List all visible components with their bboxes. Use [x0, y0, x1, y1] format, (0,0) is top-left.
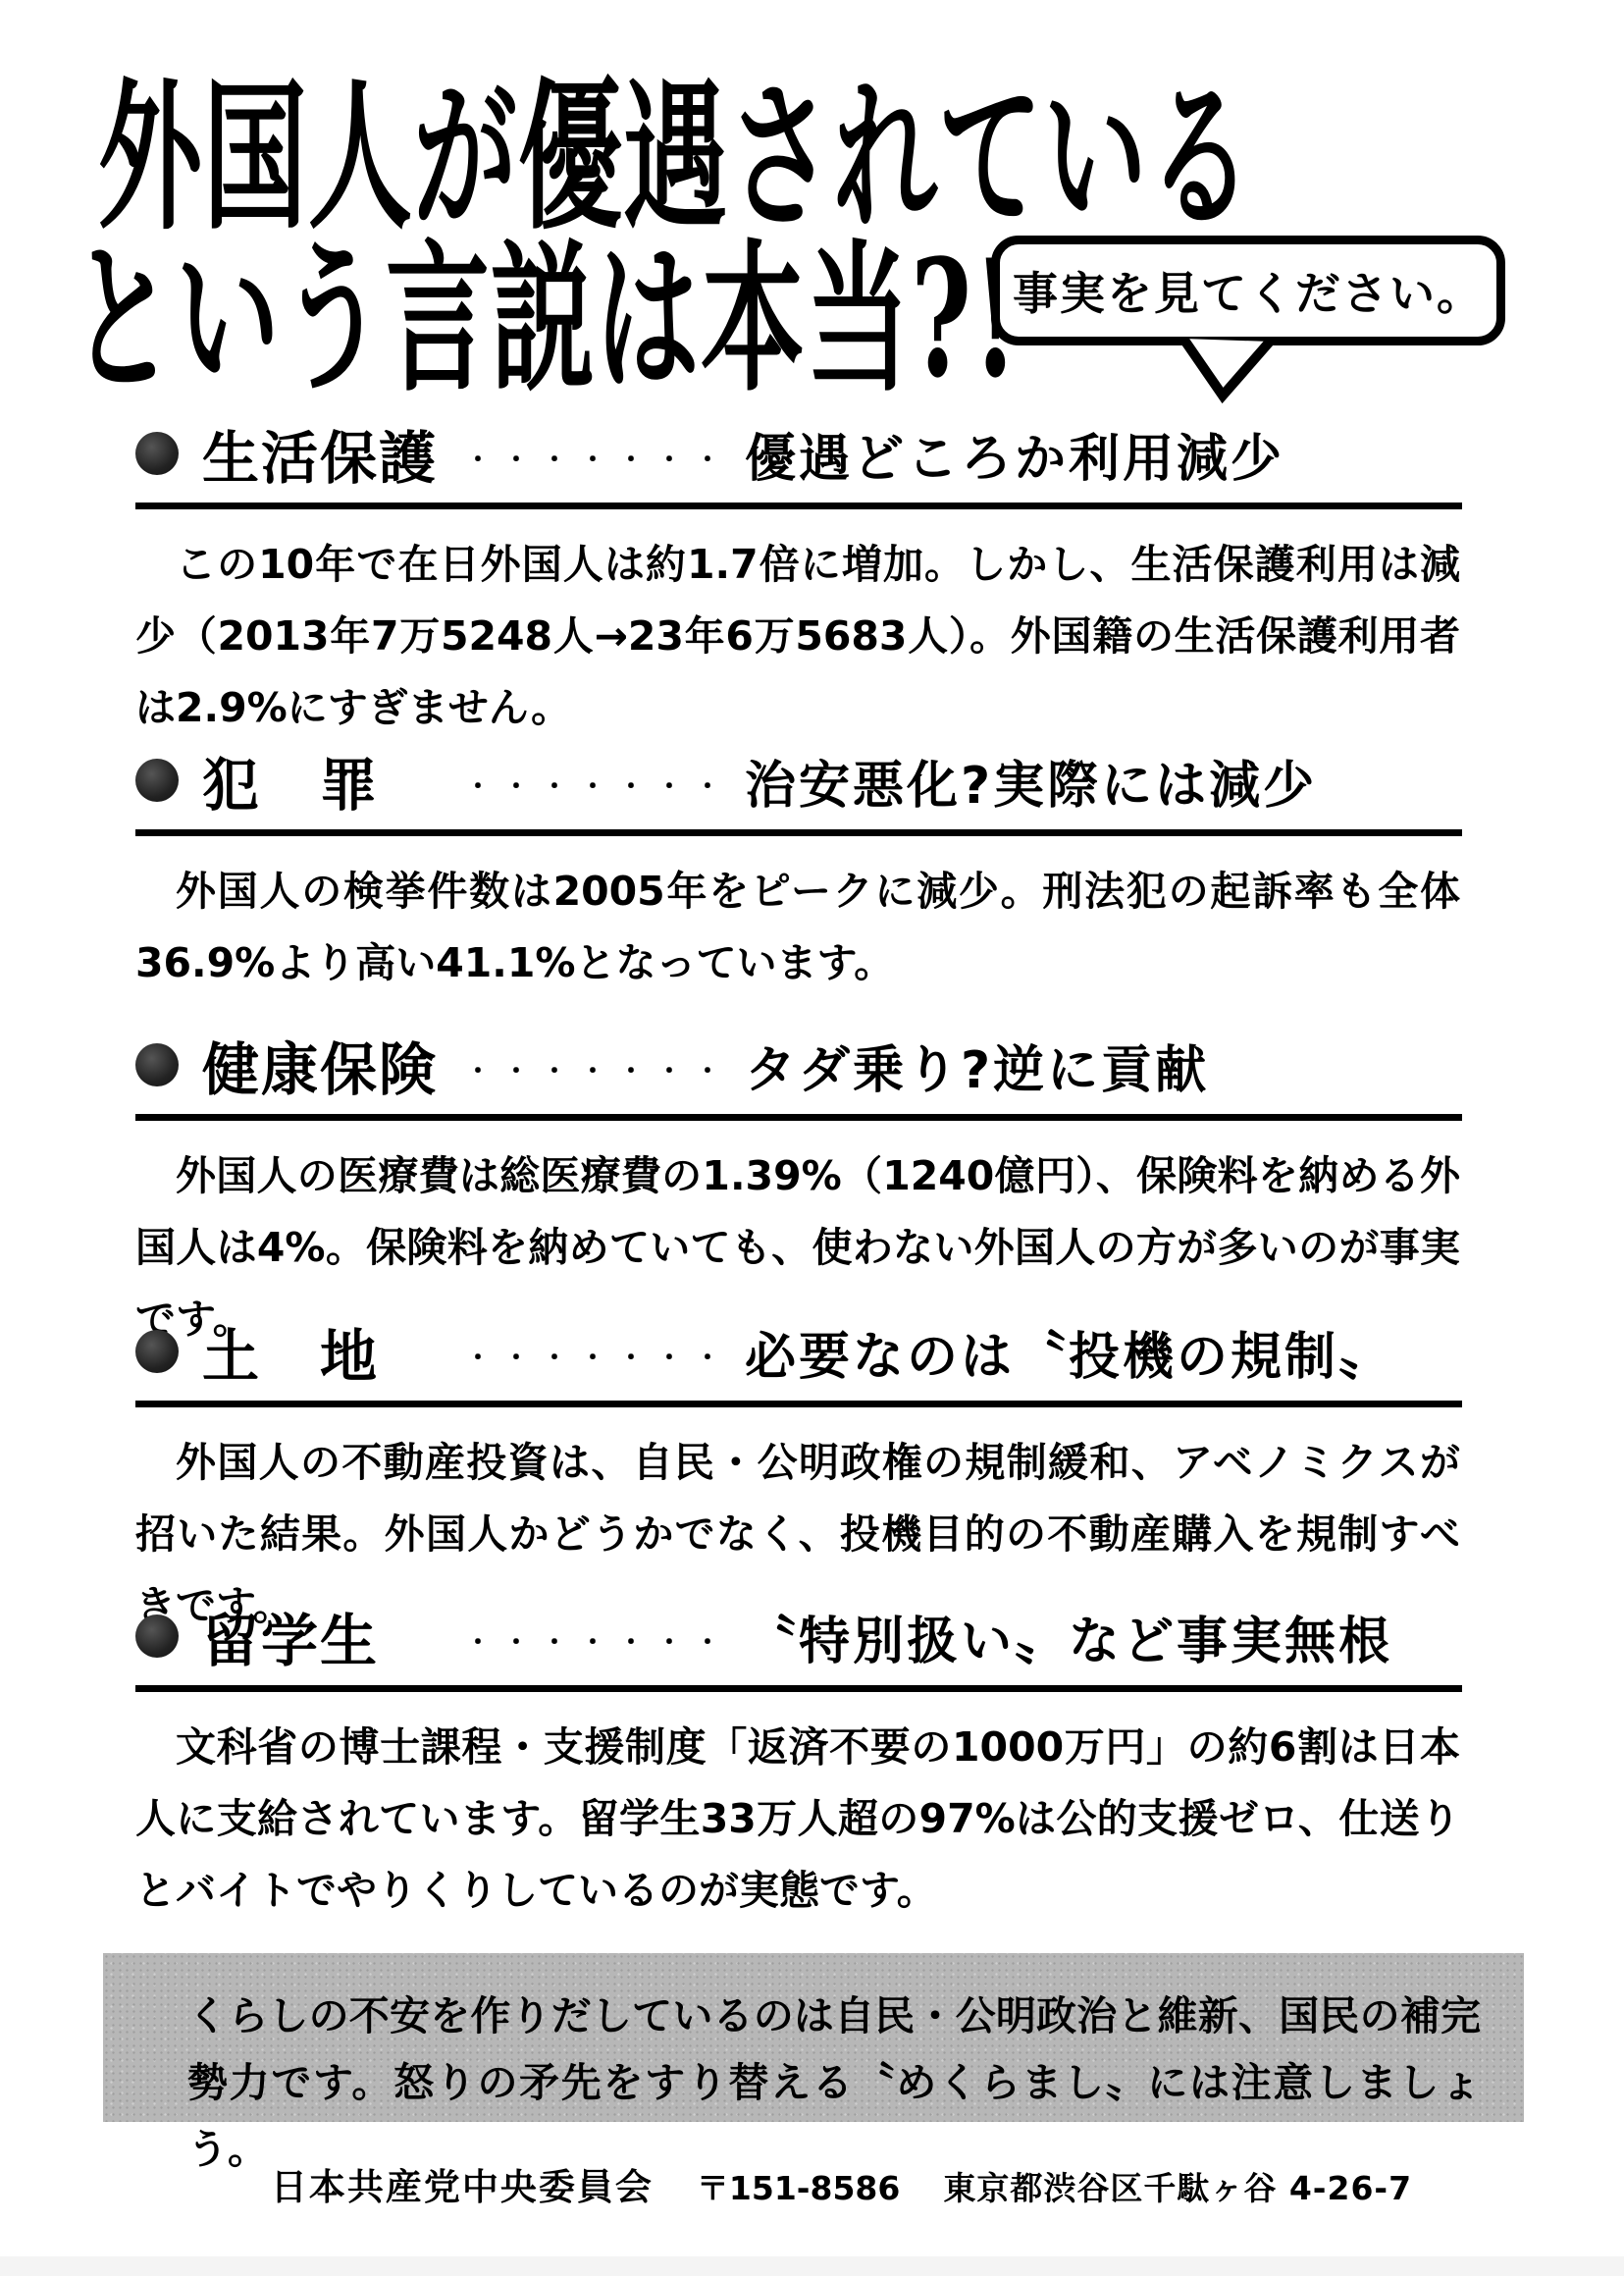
section-land: 土 地 ・・・・・・・ 必要なのは〝投機の規制〟 外国人の不動産投資は、自民・公… — [135, 1315, 1466, 1642]
section-welfare-label: 生活保護 — [202, 412, 465, 495]
section-crime-heading: 犯 罪 ・・・・・・・ 治安悪化?実際には減少 — [135, 744, 1466, 817]
section-crime-claim: 治安悪化?実際には減少 — [745, 744, 1317, 818]
footer-address: 東京都渋谷区千駄ヶ谷 4-26-7 — [943, 2163, 1412, 2209]
section-bullet-icon — [135, 1043, 179, 1086]
section-foreign-students-body: 文科省の博士課程・支援制度「返済不要の1000万円」の約6割は日本人に支給されて… — [135, 1712, 1460, 1927]
section-land-claim: 必要なのは〝投機の規制〟 — [745, 1315, 1392, 1389]
section-health-insurance-heading: 健康保険 ・・・・・・・ タダ乗り?逆に貢献 — [135, 1029, 1466, 1101]
section-foreign-students-claim: 〝特別扱い〟など事実無根 — [745, 1600, 1392, 1673]
section-foreign-students-label: 留学生 — [202, 1595, 465, 1677]
section-crime-label: 犯 罪 — [202, 739, 465, 821]
warning-highlight-text: くらしの不安を作りだしているのは自民・公明政治と維新、国民の補完勢力です。怒りの… — [187, 1992, 1481, 2173]
footer: 日本共産党中央委員会 〒151-8586 東京都渋谷区千駄ヶ谷 4-26-7 — [29, 2157, 1624, 2210]
section-health-insurance-claim: タダ乗り?逆に貢献 — [745, 1029, 1209, 1102]
dotted-leader: ・・・・・・・ — [465, 1043, 733, 1087]
section-divider-rule — [135, 1401, 1462, 1407]
footer-postal-code: 〒151-8586 — [697, 2163, 900, 2209]
warning-highlight-box: くらしの不安を作りだしているのは自民・公明政治と維新、国民の補完勢力です。怒りの… — [103, 1953, 1524, 2122]
section-health-insurance-label: 健康保険 — [202, 1024, 465, 1106]
footer-organization: 日本共産党中央委員会 — [271, 2157, 654, 2210]
section-divider-rule — [135, 1114, 1462, 1121]
speech-bubble-text: 事実を見てください。 — [1013, 258, 1484, 323]
dotted-leader: ・・・・・・・ — [465, 432, 733, 476]
flyer-page: 外国人が優遇されている という言説は本当?! 事実を見てください。 生活保護 ・… — [0, 0, 1624, 2276]
dotted-leader: ・・・・・・・ — [465, 1330, 733, 1374]
section-divider-rule — [135, 829, 1462, 836]
section-bullet-icon — [135, 1330, 179, 1373]
section-crime: 犯 罪 ・・・・・・・ 治安悪化?実際には減少 外国人の検挙件数は2005年をピ… — [135, 744, 1466, 999]
section-welfare-heading: 生活保護 ・・・・・・・ 優遇どころか利用減少 — [135, 417, 1466, 490]
section-divider-rule — [135, 1685, 1462, 1692]
section-foreign-students: 留学生 ・・・・・・・ 〝特別扱い〟など事実無根 文科省の博士課程・支援制度「返… — [135, 1600, 1466, 1927]
scan-edge-artifact — [0, 2256, 1624, 2276]
section-divider-rule — [135, 503, 1462, 509]
dotted-leader: ・・・・・・・ — [465, 759, 733, 803]
section-bullet-icon — [135, 1614, 179, 1658]
page-title-line1: 外国人が優遇されている — [98, 69, 1253, 246]
section-crime-body: 外国人の検挙件数は2005年をピークに減少。刑法犯の起訴率も全体36.9%より高… — [135, 856, 1460, 999]
section-welfare-body: この10年で在日外国人は約1.7倍に増加。しかし、生活保護利用は減少（2013年… — [135, 529, 1460, 744]
section-welfare-claim: 優遇どころか利用減少 — [745, 417, 1284, 491]
speech-bubble: 事実を見てください。 — [991, 236, 1505, 345]
section-health-insurance: 健康保険 ・・・・・・・ タダ乗り?逆に貢献 外国人の医療費は総医療費の1.39… — [135, 1029, 1466, 1355]
section-welfare: 生活保護 ・・・・・・・ 優遇どころか利用減少 この10年で在日外国人は約1.7… — [135, 417, 1466, 744]
dotted-leader: ・・・・・・・ — [465, 1614, 733, 1659]
speech-bubble-tail-icon — [1170, 337, 1287, 403]
page-title-line2: という言説は本当?! — [71, 231, 1020, 408]
section-foreign-students-heading: 留学生 ・・・・・・・ 〝特別扱い〟など事実無根 — [135, 1600, 1466, 1672]
section-land-heading: 土 地 ・・・・・・・ 必要なのは〝投機の規制〟 — [135, 1315, 1466, 1388]
section-land-label: 土 地 — [202, 1310, 465, 1393]
section-bullet-icon — [135, 759, 179, 802]
section-bullet-icon — [135, 432, 179, 475]
